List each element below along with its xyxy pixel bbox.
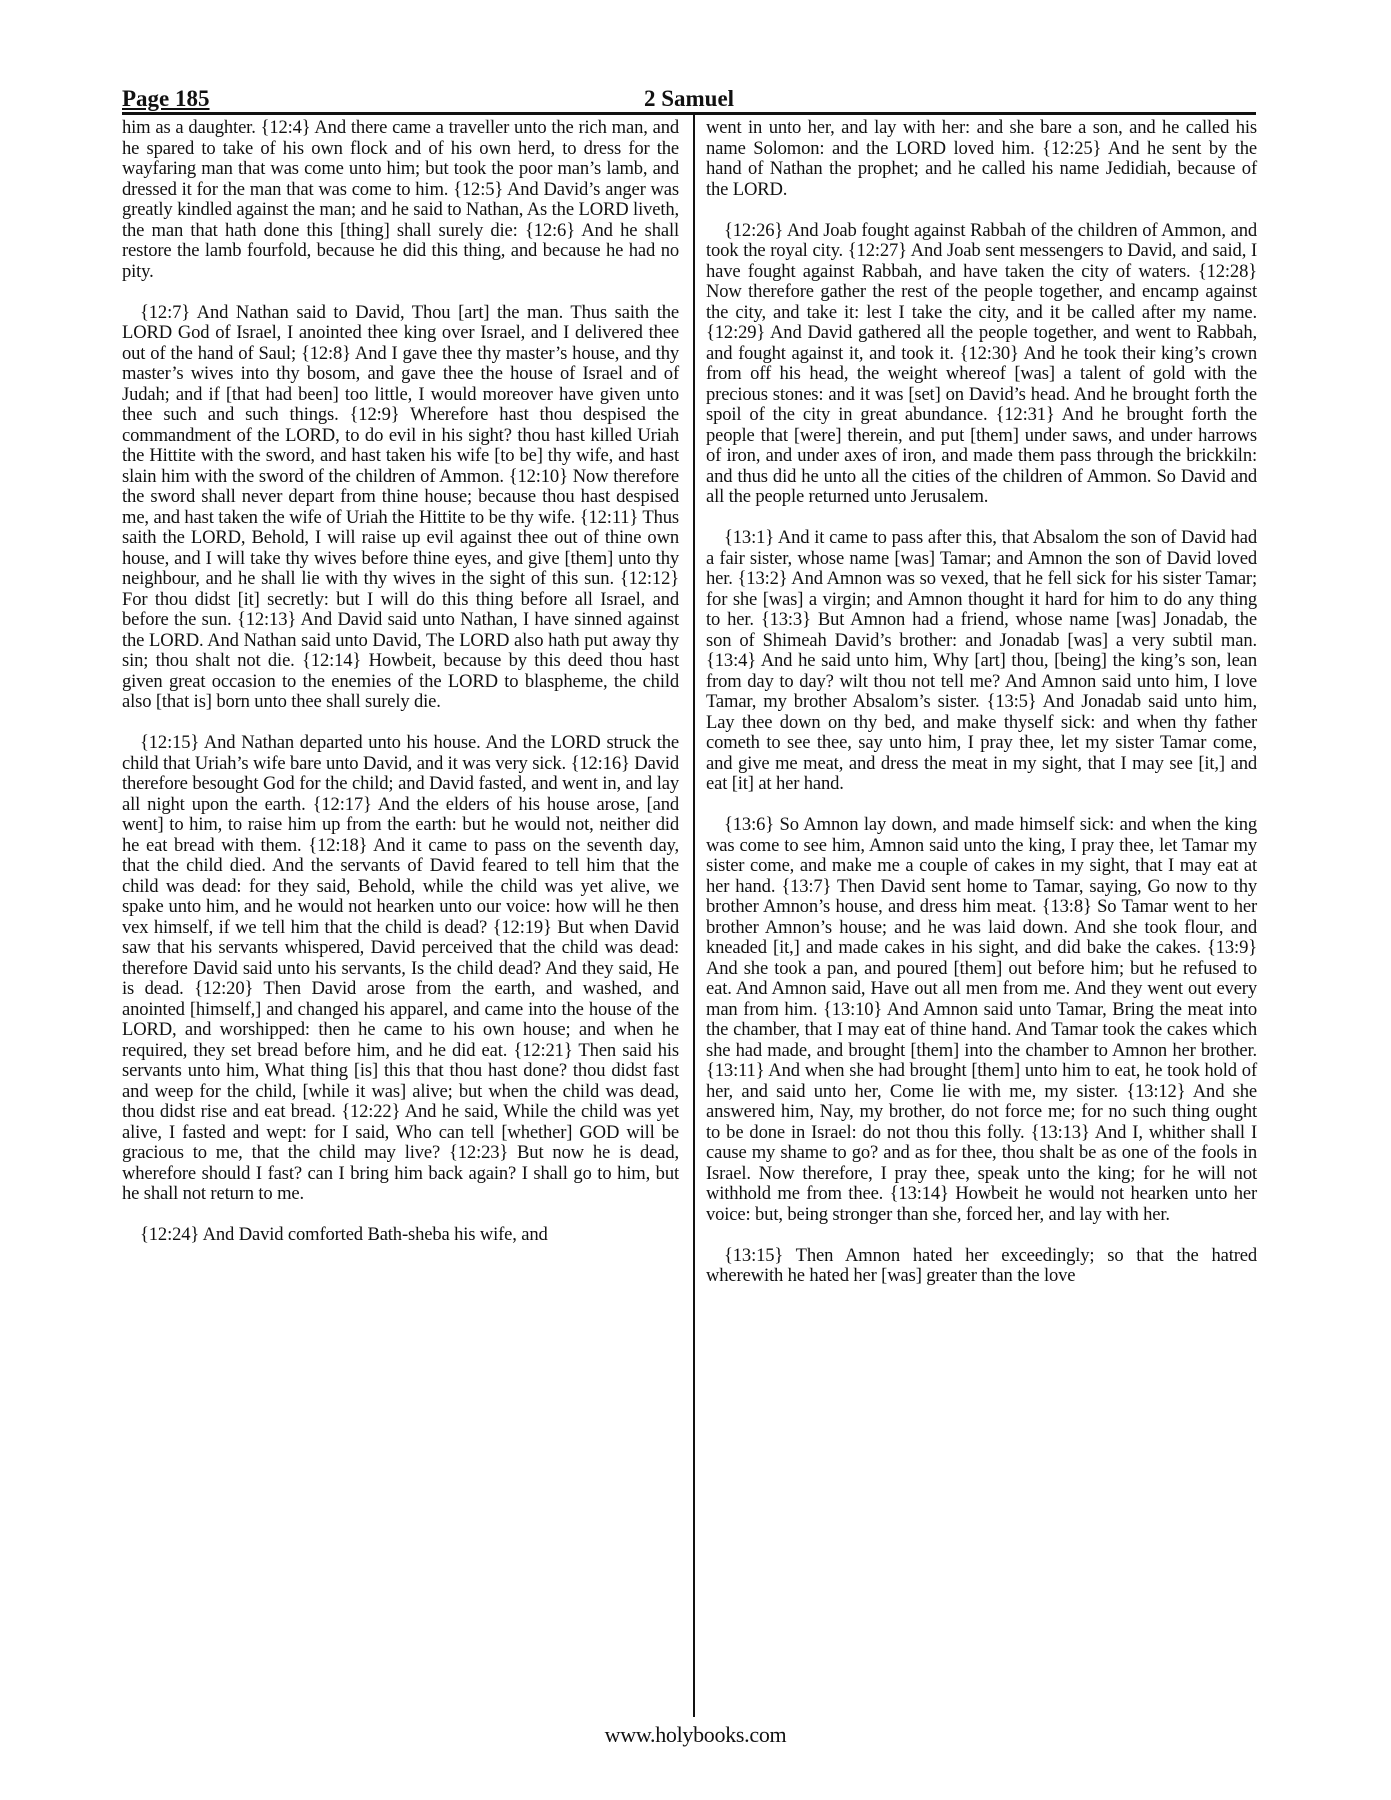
paragraph: {12:7} And Nathan said to David, Thou [a… xyxy=(122,303,679,713)
right-column: went in unto her, and lay with her: and … xyxy=(706,118,1257,1307)
header-rule xyxy=(122,112,1256,115)
footer-url: www.holybooks.com xyxy=(0,1722,1391,1748)
paragraph: went in unto her, and lay with her: and … xyxy=(706,118,1257,200)
paragraph: {13:1} And it came to pass after this, t… xyxy=(706,528,1257,795)
left-column: him as a daughter. {12:4} And there came… xyxy=(122,118,679,1266)
paragraph: {12:15} And Nathan departed unto his hou… xyxy=(122,733,679,1205)
document-page: Page 185 2 Samuel him as a daughter. {12… xyxy=(0,0,1391,1800)
column-divider xyxy=(693,115,695,1717)
book-title: 2 Samuel xyxy=(122,86,1256,112)
paragraph: {12:26} And Joab fought against Rabbah o… xyxy=(706,221,1257,508)
paragraph: {12:24} And David comforted Bath-sheba h… xyxy=(122,1225,679,1246)
paragraph: {13:6} So Amnon lay down, and made himse… xyxy=(706,815,1257,1225)
paragraph: him as a daughter. {12:4} And there came… xyxy=(122,118,679,282)
paragraph: {13:15} Then Amnon hated her exceedingly… xyxy=(706,1246,1257,1287)
page-header: Page 185 2 Samuel xyxy=(122,86,1256,112)
